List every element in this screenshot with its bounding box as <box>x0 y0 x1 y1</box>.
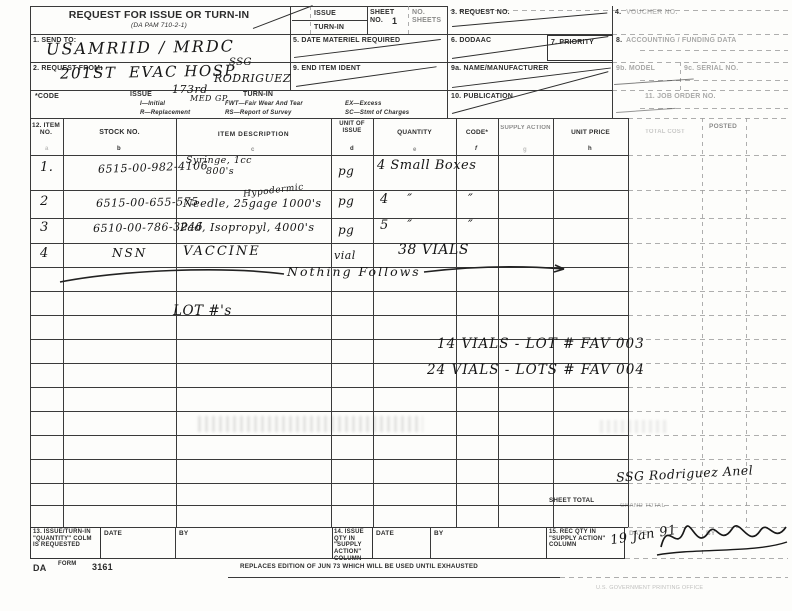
issue-checkbox-label: ISSUE <box>314 10 336 18</box>
grid-line <box>30 505 628 506</box>
scanned-form-da-3161: REQUEST FOR ISSUE OR TURN-IN (DA PAM 710… <box>0 0 792 611</box>
dodaac-label: 6. DODAAC <box>451 37 491 45</box>
col-code: CODE* <box>456 129 498 136</box>
code-r-replacement: R—Replacement <box>140 110 190 117</box>
signature-scribble <box>655 505 790 563</box>
grid-line <box>30 6 31 558</box>
grid-line <box>30 34 612 35</box>
grid-line <box>373 118 374 527</box>
request-from-value: 201ST EVAC HOSP. <box>60 61 240 82</box>
sheet-total-label: SHEET TOTAL <box>549 497 594 504</box>
grid-line <box>30 459 628 460</box>
row3-code: ″ <box>468 218 473 233</box>
footer-gpo-line: U.S. GOVERNMENT PRINTING OFFICE <box>596 585 703 591</box>
grid-line <box>612 62 788 63</box>
code-ex: EX—Excess <box>345 101 382 108</box>
row1-description: Syringe, 1cc <box>186 155 252 166</box>
end-item-label: 9. END ITEM IDENT <box>293 65 361 73</box>
footer-replaces-note: REPLACES EDITION OF JUN 73 WHICH WILL BE… <box>240 563 478 570</box>
grid-line <box>553 118 554 527</box>
grid-line <box>628 243 788 244</box>
grid-line <box>560 577 788 578</box>
grid-line <box>628 190 788 191</box>
grid-line <box>30 483 628 484</box>
request-no-label: 3. REQUEST NO. <box>451 9 510 17</box>
block13-date-label: DATE <box>104 530 122 537</box>
grid-line <box>612 90 788 91</box>
row1-item-no: 1. <box>40 160 53 175</box>
code-note-unit2: MED GP. <box>190 94 229 103</box>
row3-description: Pad, Isopropyl, 4000's <box>180 221 314 234</box>
grid-line <box>628 387 788 388</box>
code-turnin-head: TURN-IN <box>243 91 273 99</box>
col-letter-c: c <box>251 147 255 154</box>
nothing-follows-strike <box>52 258 582 292</box>
row2-item-no: 2 <box>40 194 49 209</box>
grid-line <box>176 118 177 527</box>
voucher-no-number: 4. <box>615 9 621 17</box>
grid-line <box>63 118 64 527</box>
grid-line <box>628 291 788 292</box>
grid-line <box>628 459 788 460</box>
col-letter-g: g <box>523 147 527 154</box>
col-total-cost: TOTAL COST <box>628 129 702 136</box>
block14-by-label: BY <box>434 530 443 537</box>
grid-line <box>628 218 788 219</box>
row1-description-2: 800's <box>206 166 234 177</box>
row2-unit: pg <box>338 194 354 208</box>
grid-line <box>310 6 311 34</box>
col-letter-b: b <box>117 146 121 153</box>
code-fwt: FWT—Fair Wear And Tear <box>225 101 303 108</box>
grid-line <box>628 435 788 436</box>
grid-line <box>30 411 628 412</box>
block14-date-label: DATE <box>376 530 394 537</box>
col-item-no: 12. ITEM NO. <box>31 122 61 137</box>
grid-line <box>30 118 628 119</box>
col-letter-a: a <box>45 146 49 153</box>
grid-line <box>430 527 431 558</box>
col-quantity: QUANTITY <box>373 129 456 136</box>
code-issue-head: ISSUE <box>130 91 152 99</box>
row3-quantity: 5 ″ <box>380 218 413 233</box>
row1-unit: pg <box>338 164 354 178</box>
grid-line <box>292 20 367 21</box>
grid-line <box>30 558 625 559</box>
grid-line <box>408 6 409 34</box>
grid-line <box>680 62 681 90</box>
footer-form-word: FORM <box>58 561 76 568</box>
grid-line <box>175 527 176 558</box>
serial-no-label: 9c. SERIAL NO. <box>684 65 738 73</box>
grid-line <box>30 155 628 156</box>
footer-da: DA <box>33 563 46 573</box>
footer-form-number: 3161 <box>92 562 113 572</box>
code-rs: RS—Report of Survey <box>225 110 291 117</box>
lot-line-1: 14 VIALS - LOT # FAV 003 <box>437 336 645 352</box>
sheet-no-label: SHEET NO. <box>370 9 392 25</box>
accounting-number: 8. <box>616 37 622 45</box>
faded-stamp-smudge <box>198 416 423 432</box>
grid-line <box>628 267 788 268</box>
row2-quantity: 4 ″ <box>380 192 413 207</box>
grid-line <box>30 243 628 244</box>
grid-line <box>628 483 788 484</box>
code-label: *CODE <box>35 93 59 101</box>
grid-line <box>628 118 629 527</box>
grid-line <box>498 118 499 527</box>
grid-line <box>30 435 628 436</box>
grid-line <box>30 315 628 316</box>
job-order-label: 11. JOB ORDER NO. <box>645 93 716 101</box>
row2-description: Needle, 25gage 1000's <box>183 197 322 210</box>
grid-line <box>628 363 788 364</box>
col-letter-e: e <box>413 147 417 154</box>
grid-line <box>30 90 612 91</box>
row4-quantity: 38 VIALS <box>398 242 469 258</box>
request-from-name: RODRIGUEZ <box>214 72 291 85</box>
grid-line <box>640 50 788 51</box>
col-letter-f: f <box>475 146 477 153</box>
code-sc: SC—Stmt of Charges <box>345 110 409 117</box>
grid-line <box>628 118 788 119</box>
code-i-initial: I—Initial <box>140 101 165 108</box>
send-to-value: USAMRIID / MRDC <box>46 36 235 58</box>
form-subtitle: (DA PAM 710-2-1) <box>30 22 288 29</box>
grid-line <box>331 118 332 527</box>
turnin-checkbox-label: TURN-IN <box>314 24 344 32</box>
col-letter-d: d <box>350 146 354 153</box>
no-sheets-label: NO. SHEETS <box>412 9 442 25</box>
grid-line <box>30 218 628 219</box>
grid-line <box>628 411 788 412</box>
grid-line <box>30 527 628 528</box>
grid-line <box>447 6 448 118</box>
col-posted: POSTED <box>700 123 746 130</box>
sheet-no-value: 1 <box>392 16 397 26</box>
lot-heading: LOT #'s <box>173 303 232 319</box>
col-stock-no: STOCK NO. <box>63 129 176 137</box>
block13-by-label: BY <box>179 530 188 537</box>
col-letter-h: h <box>588 146 592 153</box>
grid-line <box>628 339 788 340</box>
row3-item-no: 3 <box>40 220 49 235</box>
voucher-no-label: VOUCHER NO. <box>626 9 678 17</box>
received-by-name: SSG Rodriguez Anel <box>616 462 754 484</box>
grid-line <box>30 190 628 191</box>
model-label: 9b. MODEL <box>616 65 655 73</box>
row1-quantity: 4 Small Boxes <box>377 158 476 173</box>
form-title: REQUEST FOR ISSUE OR TURN-IN <box>30 9 288 21</box>
row4-item-no: 4 <box>40 246 49 261</box>
col-unit-of-issue: UNIT OF ISSUE <box>331 121 373 135</box>
block14-label: 14. ISSUE QTY IN "SUPPLY ACTION" COLUMN <box>334 529 369 563</box>
block13-label: 13. ISSUE/TURN-IN "QUANTITY" COLM IS REQ… <box>33 529 95 549</box>
accounting-label: ACCOUNTING / FUNDING DATA <box>626 37 737 45</box>
grid-line <box>456 118 457 527</box>
col-item-description: ITEM DESCRIPTION <box>176 131 331 138</box>
grid-line <box>367 6 368 34</box>
grid-line <box>612 6 613 118</box>
grid-line <box>702 118 703 558</box>
row3-unit: pg <box>338 223 354 237</box>
grid-line <box>628 155 788 156</box>
name-manufacturer-label: 9a. NAME/MANUFACTURER <box>451 65 549 73</box>
row4-description: VACCINE <box>183 244 261 259</box>
block15-label: 15. REC QTY IN "SUPPLY ACTION" COLUMN <box>549 529 619 549</box>
date-materiel-label: 5. DATE MATERIEL REQUIRED <box>293 37 400 45</box>
row2-code: ″ <box>468 192 473 207</box>
col-supply-action: SUPPLY ACTION <box>498 125 553 132</box>
grid-line <box>30 387 628 388</box>
col-unit-price: UNIT PRICE <box>553 129 628 136</box>
request-from-rank: SSG <box>229 57 252 68</box>
grid-line <box>628 315 788 316</box>
lot-line-2: 24 VIALS - LOTS # FAV 004 <box>427 362 645 378</box>
faded-stamp-smudge-2 <box>600 420 670 433</box>
grid-line <box>228 577 560 578</box>
grid-line <box>30 6 447 7</box>
grid-line <box>612 34 788 35</box>
